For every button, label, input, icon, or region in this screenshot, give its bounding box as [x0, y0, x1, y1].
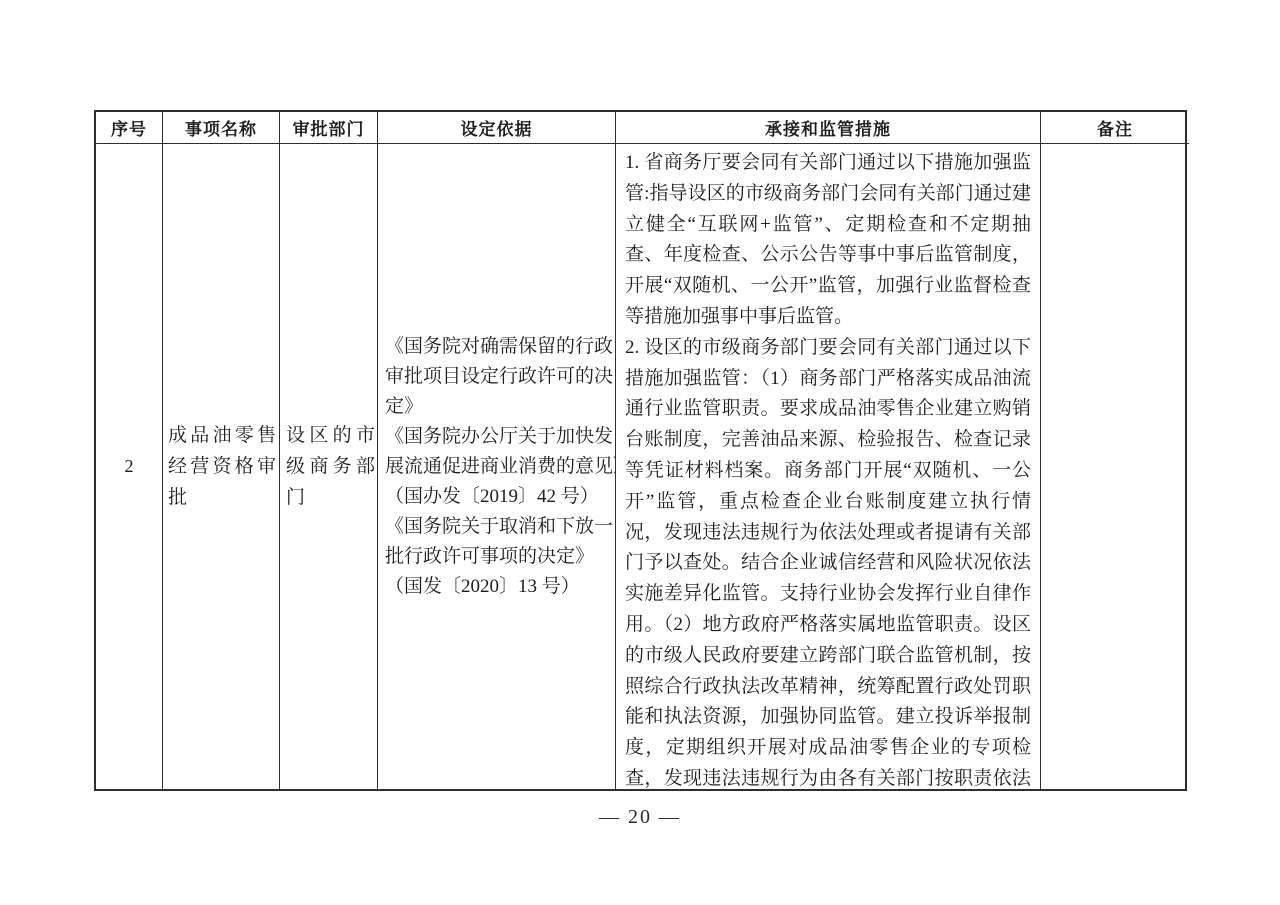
legal-basis-line: （国办发〔2019〕42 号） — [385, 482, 611, 512]
item-name: 成品油零售经营资格审批 — [168, 420, 276, 513]
column-header-approval-department: 审批部门 — [279, 112, 377, 144]
column-header-legal-basis: 设定依据 — [377, 112, 615, 144]
serial-number: 2 — [125, 456, 134, 477]
approval-items-table: 序号 事项名称 审批部门 设定依据 承接和监管措施 备注 2 成品油零售经营资格… — [94, 110, 1187, 791]
column-header-label: 事项名称 — [185, 115, 257, 140]
cell-measures: 1. 省商务厅要会同有关部门通过以下措施加强监管:指导设区的市级商务部门会同有关… — [615, 144, 1040, 789]
approval-department: 设区的市级商务部门 — [286, 420, 375, 513]
cell-legal-basis: 《国务院对确需保留的行政 审批项目设定行政许可的决 定》 《国务院办公厅关于加快… — [377, 144, 615, 789]
legal-basis-line: 批行政许可事项的决定》 — [385, 542, 611, 572]
document-page: 序号 事项名称 审批部门 设定依据 承接和监管措施 备注 2 成品油零售经营资格… — [0, 0, 1280, 905]
column-header-measures: 承接和监管措施 — [615, 112, 1040, 144]
legal-basis-line: 展流通促进商业消费的意见》 — [385, 452, 611, 482]
legal-basis-line: 定》 — [385, 392, 611, 422]
cell-remark — [1040, 144, 1189, 789]
cell-serial-number: 2 — [96, 144, 162, 789]
measures-paragraph-2: 2. 设区的市级商务部门要会同有关部门通过以下措施加强监管：（1）商务部门严格落… — [625, 333, 1031, 789]
column-header-label: 承接和监管措施 — [765, 115, 891, 140]
legal-basis-line: 《国务院办公厅关于加快发 — [385, 422, 611, 452]
column-header-item-name: 事项名称 — [162, 112, 279, 144]
column-header-remark: 备注 — [1040, 112, 1189, 144]
page-number: — 20 — — [0, 806, 1280, 829]
legal-basis-line: 审批项目设定行政许可的决 — [385, 362, 611, 392]
column-header-label: 备注 — [1097, 115, 1133, 140]
legal-basis-line: （国发〔2020〕13 号） — [385, 572, 611, 602]
legal-basis-line: 《国务院对确需保留的行政 — [385, 332, 611, 362]
column-header-serial: 序号 — [96, 112, 162, 144]
cell-item-name: 成品油零售经营资格审批 — [162, 144, 279, 789]
measures-paragraph-1: 1. 省商务厅要会同有关部门通过以下措施加强监管:指导设区的市级商务部门会同有关… — [625, 148, 1031, 333]
column-header-label: 设定依据 — [461, 115, 533, 140]
legal-basis-line: 《国务院关于取消和下放一 — [385, 512, 611, 542]
cell-approval-department: 设区的市级商务部门 — [279, 144, 377, 789]
column-header-label: 审批部门 — [293, 115, 365, 140]
column-header-label: 序号 — [111, 115, 147, 140]
